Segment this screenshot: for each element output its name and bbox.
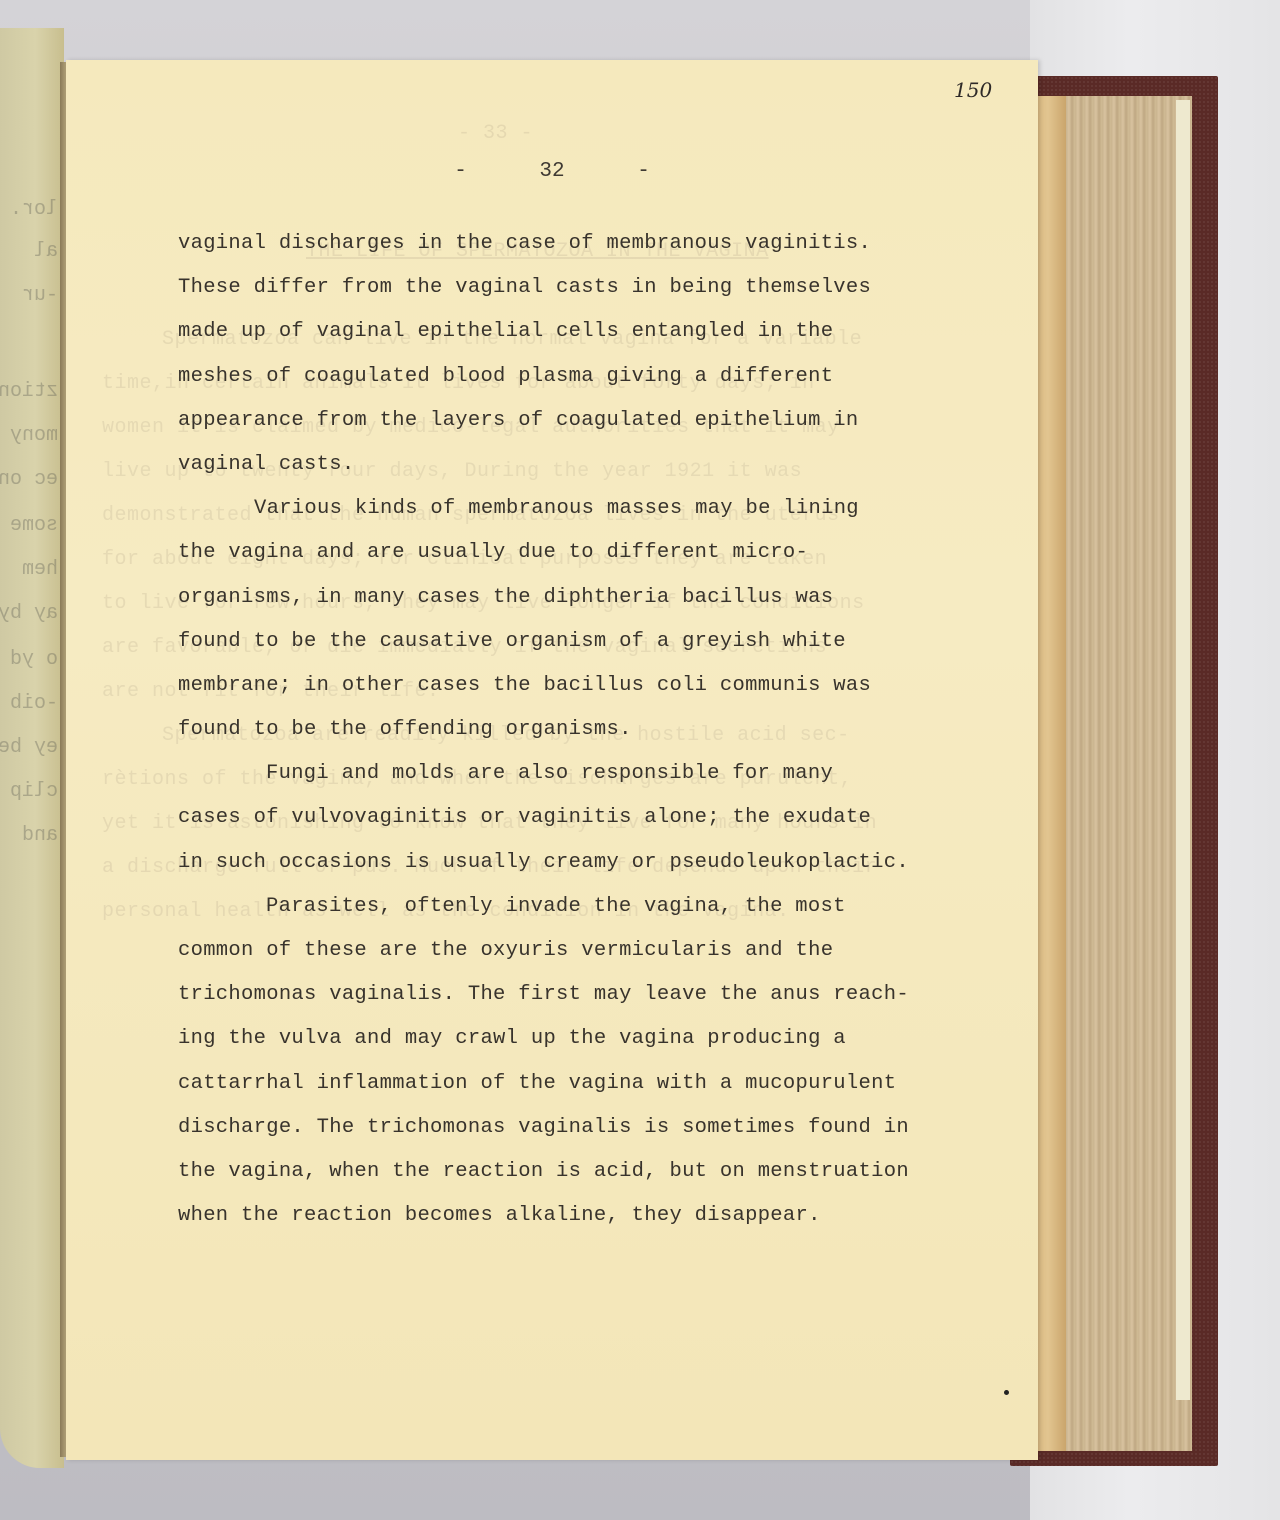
- left-page-ghost-text: and: [22, 824, 58, 847]
- text-line: found to be the offending organisms.: [178, 708, 998, 752]
- left-page-ghost-text: ec on: [0, 468, 58, 491]
- text-line: Various kinds of membranous masses may b…: [178, 487, 998, 531]
- text-line: in such occasions is usually creamy or p…: [178, 841, 998, 885]
- left-page-ghost-text: -ur: [22, 284, 58, 307]
- left-page-ghost-text: some: [10, 514, 58, 537]
- text-line: cattarrhal inflammation of the vagina wi…: [178, 1062, 998, 1106]
- text-line: found to be the causative organism of a …: [178, 620, 998, 664]
- text-line: These differ from the vaginal casts in b…: [178, 266, 998, 310]
- text-line: membrane; in other cases the bacillus co…: [178, 664, 998, 708]
- left-page-ghost-text: clip: [10, 780, 58, 803]
- left-page-ghost-text: ey be: [0, 736, 58, 759]
- text-line: appearance from the layers of coagulated…: [178, 399, 998, 443]
- text-line: Fungi and molds are also responsible for…: [178, 752, 998, 796]
- left-page-ghost-text: o yd: [10, 648, 58, 671]
- typed-body-text: vaginal discharges in the case of membra…: [178, 222, 998, 1238]
- left-page-ghost-text: al: [34, 240, 58, 263]
- page-edges: [1030, 96, 1192, 1451]
- handwritten-page-number: 150: [954, 78, 992, 102]
- text-line: vaginal casts.: [178, 443, 998, 487]
- text-line: the vagina and are usually due to differ…: [178, 531, 998, 575]
- left-page-ghost-text: ztion: [0, 380, 58, 403]
- text-line: made up of vaginal epithelial cells enta…: [178, 310, 998, 354]
- text-line: Parasites, oftenly invade the vagina, th…: [178, 885, 998, 929]
- left-page-ghost-text: lor.: [10, 198, 58, 221]
- left-page-ghost-text: hem: [22, 558, 58, 581]
- text-line: common of these are the oxyuris vermicul…: [178, 929, 998, 973]
- text-line: trichomonas vaginalis. The first may lea…: [178, 973, 998, 1017]
- page-number: - 32 -: [66, 160, 1038, 183]
- text-line: organisms, in many cases the diphtheria …: [178, 576, 998, 620]
- paragraph-4: Parasites, oftenly invade the vagina, th…: [178, 885, 998, 1239]
- document-page: 150 - 33 - THE LIFE OF SPERMATOZOA IN TH…: [66, 60, 1038, 1460]
- left-page-curl: lor. al -ur ztion mony ec on some hem ay…: [0, 28, 64, 1468]
- paragraph-3: Fungi and molds are also responsible for…: [178, 752, 998, 885]
- left-page-ghost-text: ay by: [0, 602, 58, 625]
- endpaper: [1176, 100, 1190, 1400]
- paragraph-1: vaginal discharges in the case of membra…: [178, 222, 998, 487]
- text-line: discharge. The trichomonas vaginalis is …: [178, 1106, 998, 1150]
- bleed-folio: - 33 -: [458, 122, 533, 145]
- paragraph-2: Various kinds of membranous masses may b…: [178, 487, 998, 752]
- text-line: cases of vulvovaginitis or vaginitis alo…: [178, 796, 998, 840]
- left-page-ghost-text: -oib: [10, 692, 58, 715]
- text-line: meshes of coagulated blood plasma giving…: [178, 355, 998, 399]
- left-page-ghost-text: mony: [10, 424, 58, 447]
- ink-speck: [1004, 1390, 1009, 1395]
- text-line: the vagina, when the reaction is acid, b…: [178, 1150, 998, 1194]
- text-line: vaginal discharges in the case of membra…: [178, 222, 998, 266]
- text-line: when the reaction becomes alkaline, they…: [178, 1194, 998, 1238]
- text-line: ing the vulva and may crawl up the vagin…: [178, 1017, 998, 1061]
